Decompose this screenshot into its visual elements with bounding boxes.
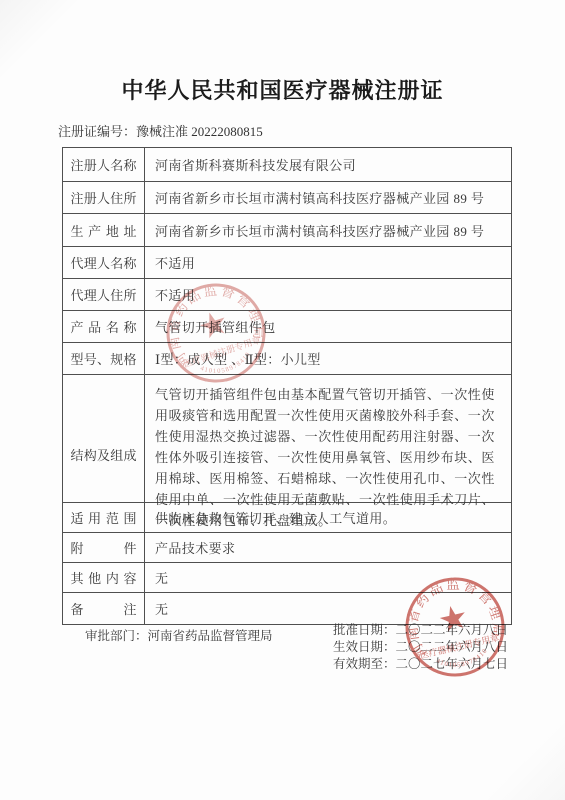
table-row: 产品名称 气管切开插管组件包 [63, 310, 511, 342]
row-value: Ⅰ型：成人型 、Ⅱ型：小儿型 [145, 343, 511, 374]
registration-number: 注册证编号：豫械注准 20222080815 [58, 121, 263, 140]
row-value: 河南省新乡市长垣市满村镇高科技医疗器械产业园 89 号 [145, 182, 511, 213]
row-label: 注册人住所 [63, 182, 145, 213]
row-label: 适用范围 [63, 503, 145, 532]
row-value: 河南省新乡市长垣市满村镇高科技医疗器械产业园 89 号 [145, 214, 511, 246]
row-value: 不适用 [145, 279, 511, 310]
row-value: 无 [145, 563, 511, 592]
row-label: 产品名称 [63, 311, 145, 342]
row-label: 代理人名称 [63, 247, 145, 278]
row-value: 气管切开插管组件包 [145, 311, 511, 342]
certificate-title: 中华人民共和国医疗器械注册证 [0, 74, 565, 105]
row-value: 产品技术要求 [145, 533, 511, 562]
table-row: 适用范围 供临床急救气管切开、建立人工气道用。 [63, 502, 511, 532]
approval-department: 审批部门：河南省药品监督管理局 [85, 626, 273, 644]
expiry-date: 有效期至：二〇二七年六月七日 [333, 656, 508, 673]
row-label: 生产地址 [63, 214, 145, 246]
table-row: 其他内容 无 [63, 562, 511, 592]
date-block: 批准日期：二〇二二年六月八日 生效日期：二〇二二年六月八日 有效期至：二〇二七年… [333, 622, 508, 673]
row-value: 不适用 [145, 247, 511, 278]
table-row: 代理人名称 不适用 [63, 246, 511, 278]
table-row: 结构及组成 气管切开插管组件包由基本配置气管切开插管、一次性使用吸痰管和选用配置… [63, 374, 511, 502]
approval-date: 批准日期：二〇二二年六月八日 [333, 622, 508, 639]
table-row: 代理人住所 不适用 [63, 278, 511, 310]
row-value: 供临床急救气管切开、建立人工气道用。 [145, 503, 511, 532]
row-label: 其他内容 [63, 563, 145, 592]
row-label: 备 注 [63, 593, 145, 624]
row-value: 无 [145, 593, 511, 624]
table-row: 注册人住所 河南省新乡市长垣市满村镇高科技医疗器械产业园 89 号 [63, 181, 511, 213]
certificate-page: 中华人民共和国医疗器械注册证 注册证编号：豫械注准 20222080815 注册… [0, 0, 565, 800]
row-label: 附 件 [63, 533, 145, 562]
table-row: 附 件 产品技术要求 [63, 532, 511, 562]
row-label: 型号、规格 [63, 343, 145, 374]
row-value: 河南省斯科赛斯科技发展有限公司 [145, 148, 511, 181]
effective-date: 生效日期：二〇二二年六月八日 [333, 639, 508, 656]
row-label: 代理人住所 [63, 279, 145, 310]
table-row: 生产地址 河南省新乡市长垣市满村镇高科技医疗器械产业园 89 号 [63, 213, 511, 246]
table-row: 备 注 无 [63, 592, 511, 624]
row-label: 注册人名称 [63, 148, 145, 181]
table-row: 型号、规格 Ⅰ型：成人型 、Ⅱ型：小儿型 [63, 342, 511, 374]
certificate-info-table: 注册人名称 河南省斯科赛斯科技发展有限公司 注册人住所 河南省新乡市长垣市满村镇… [62, 147, 512, 625]
table-row: 注册人名称 河南省斯科赛斯科技发展有限公司 [63, 148, 511, 181]
